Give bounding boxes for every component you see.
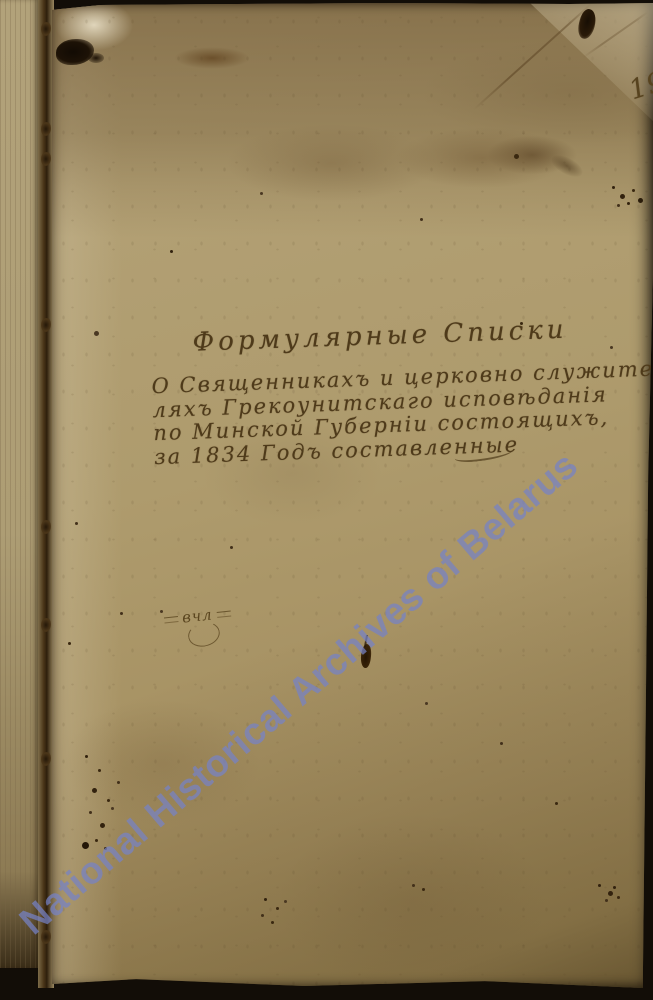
worm-hole — [56, 39, 94, 65]
ink-spot-cluster — [264, 898, 267, 901]
stitch-knot — [41, 122, 51, 136]
ink-spot-cluster — [598, 884, 601, 887]
ink-spot-cluster — [85, 755, 88, 758]
stitch-knot — [41, 22, 51, 36]
stitch-knot — [41, 152, 51, 166]
archive-page-scan: 19. Формулярные Списки О Священникахъ и … — [0, 0, 653, 1000]
note-dash — [216, 611, 231, 618]
manuscript-title: Формулярные Списки — [150, 313, 611, 359]
note-dash — [164, 616, 179, 623]
worm-hole — [88, 53, 104, 63]
binding-seam — [38, 0, 54, 988]
stitch-knot — [41, 318, 51, 332]
margin-note: вчл — [159, 603, 235, 629]
book-fore-edge — [0, 0, 38, 968]
crease-line — [473, 3, 592, 110]
stitch-knot — [41, 618, 51, 632]
stitch-knot — [41, 752, 51, 766]
ink-smudge — [548, 151, 586, 181]
manuscript-text-block: Формулярные Списки О Священникахъ и церк… — [150, 313, 625, 469]
ink-spot-cluster — [612, 186, 615, 189]
stitch-knot — [41, 520, 51, 534]
ink-spot-cluster — [170, 250, 173, 253]
